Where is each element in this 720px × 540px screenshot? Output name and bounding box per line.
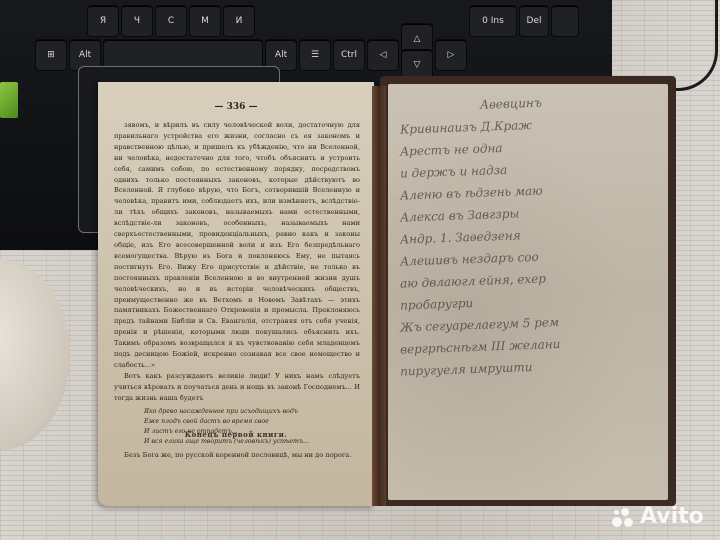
avito-watermark: Avito bbox=[612, 504, 704, 529]
end-of-book-note: Конецъ первой книги. bbox=[98, 430, 374, 439]
printed-text: зявомъ, и вѣрилъ въ силу человѣческой во… bbox=[114, 120, 360, 460]
left-page: — 336 — зявомъ, и вѣрилъ въ силу человѣч… bbox=[98, 82, 374, 506]
keyboard-key: С bbox=[156, 6, 186, 36]
keyboard-key: ☰ bbox=[300, 40, 330, 70]
poem-verse: Яко древо насажденное при исходищихъ вод… bbox=[144, 407, 360, 447]
closing-line: Безъ Бога же, по русской коренной послов… bbox=[114, 450, 360, 461]
watermark-text: Avito bbox=[640, 504, 704, 529]
keyboard-key: Ч bbox=[122, 6, 152, 36]
page-number: — 336 — bbox=[98, 102, 374, 112]
poem-line: Еже плодъ свой дастъ во время свое bbox=[144, 417, 360, 427]
keyboard-key: Ctrl bbox=[334, 40, 364, 70]
keyboard-key bbox=[552, 6, 578, 36]
keyboard-key: Я bbox=[88, 6, 118, 36]
keyboard-key: М bbox=[190, 6, 220, 36]
book-spine-gutter bbox=[372, 86, 386, 506]
keyboard-key: 0 Ins bbox=[470, 6, 516, 36]
poem-line: Яко древо насажденное при исходищихъ вод… bbox=[144, 407, 360, 417]
gpu-sticker-icon bbox=[0, 82, 18, 118]
keyboard-key: ▷ bbox=[436, 40, 466, 70]
keyboard-key: И bbox=[224, 6, 254, 36]
paragraph: Вотъ какъ разсуждаютъ великіе люди! У ни… bbox=[114, 371, 360, 404]
paragraph: зявомъ, и вѣрилъ въ силу человѣческой во… bbox=[114, 120, 360, 371]
keyboard-key: ◁ bbox=[368, 40, 398, 70]
handwritten-inscription: Аѳевцинъ Кривинаизъ Д.Краж Арестъ не одн… bbox=[400, 92, 662, 378]
keyboard-key: Del bbox=[520, 6, 548, 36]
avito-logo-icon bbox=[612, 507, 636, 527]
photo-scene: ЯЧСМИ⊞AltAlt☰Ctrl◁△▽▷0 InsDel — 336 — зя… bbox=[0, 0, 720, 540]
open-book: — 336 — зявомъ, и вѣрилъ въ силу человѣч… bbox=[92, 70, 682, 510]
keyboard-key: ⊞ bbox=[36, 40, 66, 70]
